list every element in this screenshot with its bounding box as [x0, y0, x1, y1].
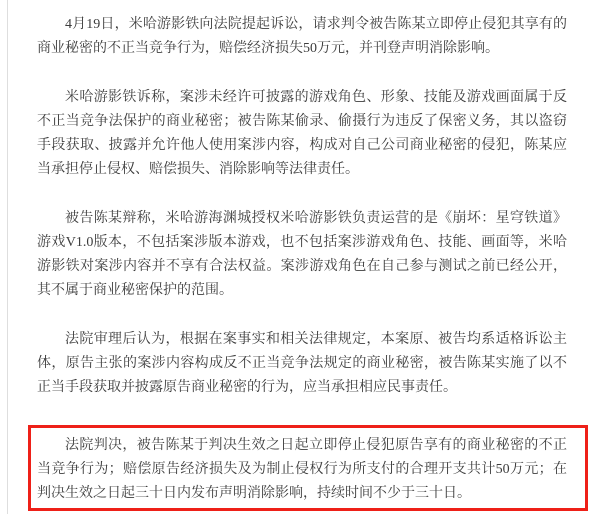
paragraph-lawsuit-filing: 4月19日，米哈游影铁向法院提起诉讼，请求判令被告陈某立即停止侵犯其享有的商业秘…	[37, 13, 567, 61]
article-body: 4月19日，米哈游影铁向法院提起诉讼，请求判令被告陈某立即停止侵犯其享有的商业秘…	[0, 0, 600, 511]
paragraph-plaintiff-claims: 米哈游影铁诉称，案涉未经许可披露的游戏角色、形象、技能及游戏画面属于反不正当竞争…	[37, 86, 567, 182]
legal-article-page: 4月19日，米哈游影铁向法院提起诉讼，请求判令被告陈某立即停止侵犯其享有的商业秘…	[0, 0, 600, 514]
judgment-highlight-box: 法院判决，被告陈某于判决生效之日起立即停止侵犯原告享有的商业秘密的不正当竞争行为…	[28, 425, 588, 511]
paragraph-court-findings: 法院审理后认为，根据在案事实和相关法律规定，本案原、被告均系适格诉讼主体，原告主…	[37, 328, 567, 400]
paragraph-defendant-defense: 被告陈某辩称，米哈游海渊城授权米哈游影铁负责运营的是《崩坏：星穹铁道》游戏V1.…	[37, 207, 567, 303]
paragraph-court-judgment: 法院判决，被告陈某于判决生效之日起立即停止侵犯原告享有的商业秘密的不正当竞争行为…	[37, 434, 567, 506]
